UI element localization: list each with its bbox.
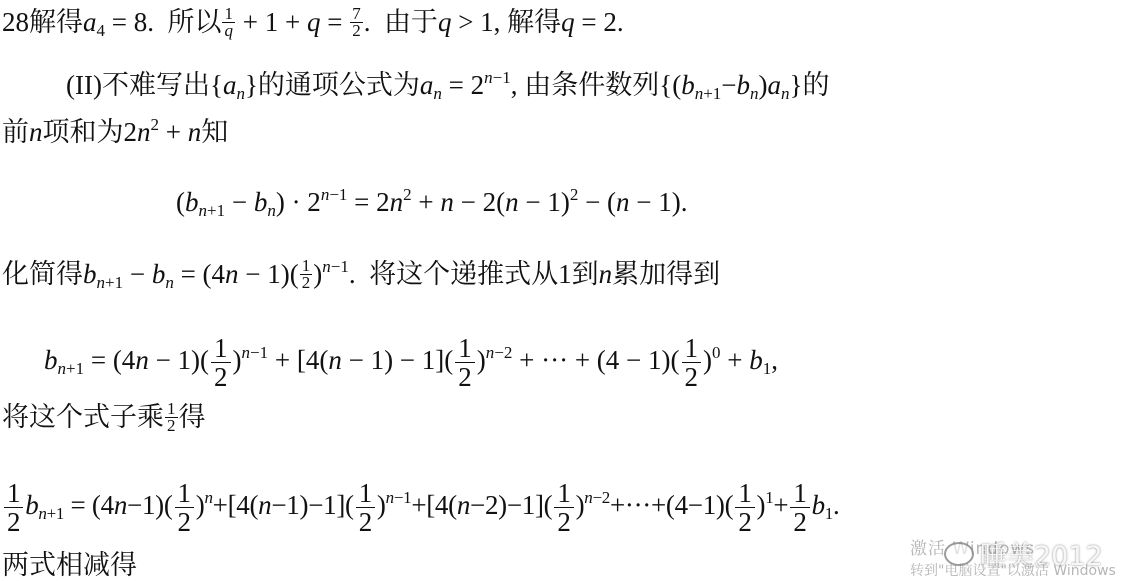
text-line-3: 前n项和为2n2 + n知 bbox=[2, 108, 228, 149]
text-line-9: 两式相减得 bbox=[2, 548, 137, 581]
fraction-1-over-2: 12 bbox=[300, 258, 313, 291]
line2-text-a: (II)不难写出 bbox=[66, 70, 210, 100]
activate-windows-hint: 转到"电脑设置"以激活 Windows bbox=[910, 560, 1116, 580]
text-line-5: 化简得bn+1 − bn = (4n − 1)(12)n−1. 将这个递推式从1… bbox=[2, 250, 720, 300]
line1-text-c: 由于 bbox=[384, 7, 438, 37]
line1-text-a: 28解得 bbox=[2, 7, 83, 37]
text-line-2: (II)不难写出{an}的通项公式为an = 2n−1, 由条件数列{(bn+1… bbox=[66, 61, 829, 111]
fraction-1-over-q: 1q bbox=[222, 6, 235, 39]
line9-text: 两式相减得 bbox=[2, 550, 137, 580]
line5-text-a: 化简得 bbox=[2, 259, 83, 289]
equation-line-8: 12bn+1 = (4n−1)(12)n+[4(n−1)−1](12)n−1+[… bbox=[2, 470, 839, 542]
fraction-7-over-2: 72 bbox=[350, 6, 363, 39]
fraction-1-over-2: 12 bbox=[165, 401, 178, 434]
line2-text-b: 的通项公式为 bbox=[258, 70, 420, 100]
line3-text-b: 项和为 bbox=[43, 117, 124, 147]
line7-text-a: 将这个式子乘 bbox=[2, 402, 164, 432]
line1-text-b: 所以 bbox=[167, 7, 221, 37]
line5-text-c: 累加得到 bbox=[612, 259, 720, 289]
line3-text-c: 知 bbox=[201, 117, 228, 147]
line3-text-a: 前 bbox=[2, 117, 29, 147]
equation-line-6: bn+1 = (4n − 1)(12)n−1 + [4(n − 1) − 1](… bbox=[44, 325, 778, 397]
line7-text-b: 得 bbox=[179, 402, 206, 432]
watermark-overlay: 激活 Windows 睡美2012 转到"电脑设置"以激活 Windows bbox=[908, 530, 1123, 581]
line1-text-d: 解得 bbox=[507, 7, 561, 37]
text-line-7: 将这个式子乘12得 bbox=[2, 400, 206, 436]
line2-text-d: 的 bbox=[802, 70, 829, 100]
text-line-1: 28解得a4 = 8. 所以1q + 1 + q = 72. 由于q > 1, … bbox=[2, 5, 624, 48]
equation-line-4: (bn+1 − bn) · 2n−1 = 2n2 + n − 2(n − 1)2… bbox=[176, 178, 688, 228]
line5-text-b: 将这个递推式从1到 bbox=[369, 259, 599, 289]
line2-text-c: 由条件数列 bbox=[524, 70, 659, 100]
